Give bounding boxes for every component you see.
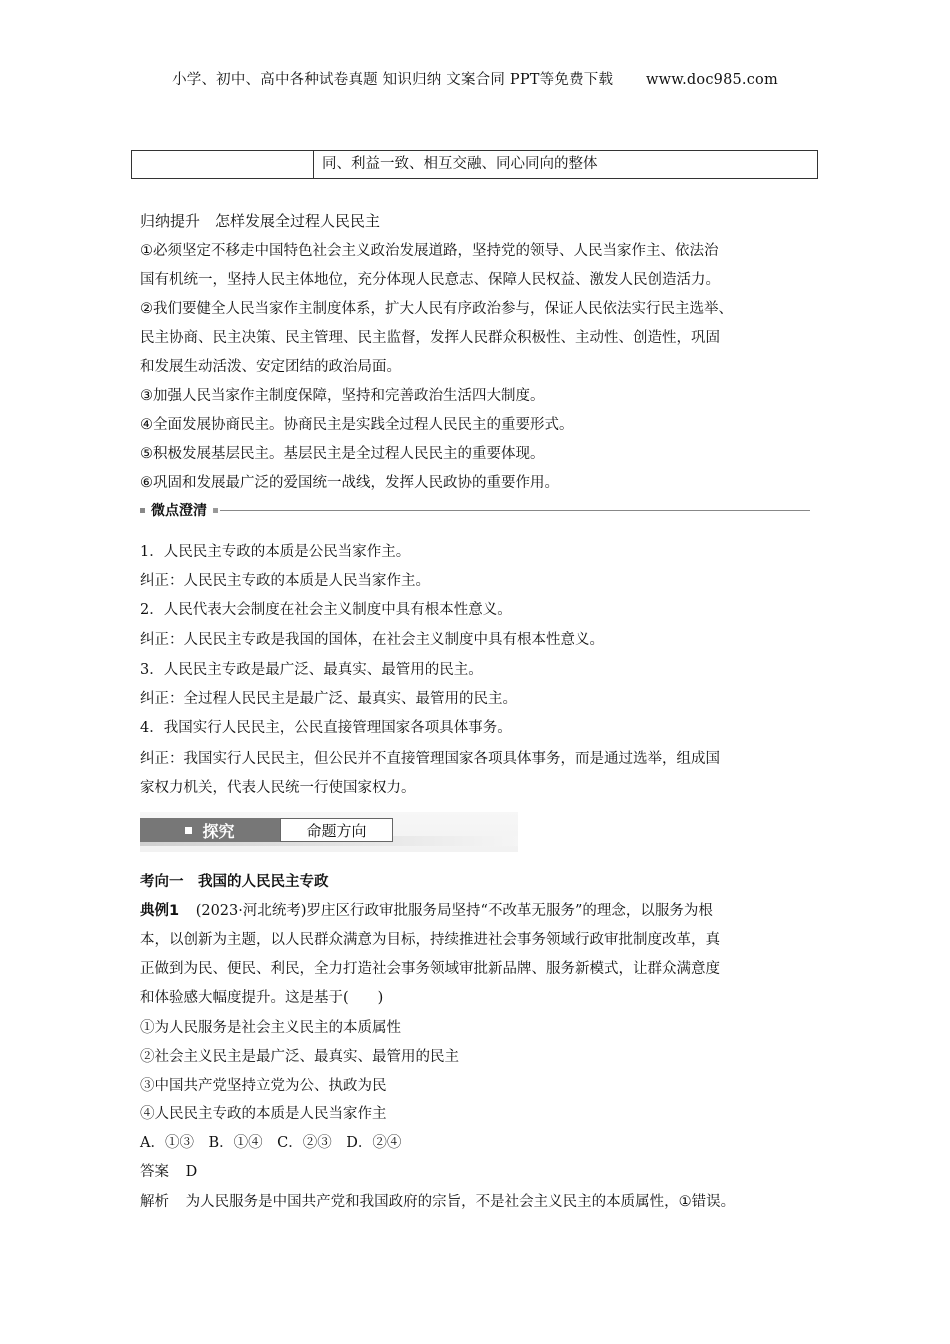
choices: A．①③ B．①④ C．②③ D．②④: [140, 1131, 401, 1152]
clarify-line: 2．人民代表大会制度在社会主义制度中具有根本性意义。: [140, 598, 512, 619]
answer-line: 答案 D: [140, 1160, 197, 1181]
option-item: ②社会主义民主是最广泛、最真实、最管用的民主: [140, 1045, 459, 1066]
section-label-text: 探究: [202, 819, 234, 842]
example-label: 典例1: [140, 903, 179, 919]
option-item: ④人民民主专政的本质是人民当家作主: [140, 1102, 387, 1123]
option-item: ①为人民服务是社会主义民主的本质属性: [140, 1016, 401, 1037]
header-site: www.doc985.com: [646, 72, 778, 88]
example-line-1: 典例1 (2023·河北统考)罗庄区行政审批服务局坚持“不改革无服务”的理念，以…: [140, 899, 713, 920]
table-cell-1: [132, 151, 314, 178]
clarify-line: 3．人民民主专政是最广泛、最真实、最管用的民主。: [140, 658, 483, 679]
summary-line: ⑤积极发展基层民主。基层民主是全过程人民民主的重要体现。: [140, 442, 545, 463]
clarify-line: 纠正：我国实行人民民主，但公民并不直接管理国家各项具体事务，而是通过选举，组成国: [140, 747, 720, 768]
question-text: 本，以创新为主题，以人民群众满意为目标，持续推进社会事务领域行政审批制度改革，真: [140, 928, 720, 949]
summary-line: ②我们要健全人民当家作主制度体系，扩大人民有序政治参与，保证人民依法实行民主选举…: [140, 297, 733, 318]
square-bullet-icon: [140, 508, 145, 513]
clarify-heading-bar: 微点澄清: [140, 499, 810, 521]
summary-title: 归纳提升 怎样发展全过程人民民主: [140, 210, 380, 231]
page-header: 小学、初中、高中各种试卷真题 知识归纳 文案合同 PPT等免费下载 www.do…: [0, 68, 950, 89]
table-row: 同、利益一致、相互交融、同心同向的整体: [131, 150, 818, 179]
section-band: 探究 命题方向: [140, 812, 518, 852]
summary-line: ①必须坚定不移走中国特色社会主义政治发展道路，坚持党的领导、人民当家作主、依法治: [140, 239, 719, 260]
square-bullet-icon: [185, 827, 192, 834]
option-item: ③中国共产党坚持立党为公、执政为民: [140, 1074, 387, 1095]
square-bullet-icon: [213, 508, 218, 513]
section-tab: 命题方向: [280, 818, 393, 842]
clarify-line: 4．我国实行人民民主，公民直接管理国家各项具体事务。: [140, 716, 512, 737]
clarify-line: 纠正：全过程人民民主是最广泛、最真实、最管用的民主。: [140, 687, 517, 708]
header-tagline: 小学、初中、高中各种试卷真题 知识归纳 文案合同 PPT等免费下载: [172, 72, 613, 88]
answer-label: 答案: [140, 1164, 169, 1180]
clarify-line: 家权力机关，代表人民统一行使国家权力。: [140, 776, 416, 797]
table-cell-2: 同、利益一致、相互交融、同心同向的整体: [314, 151, 817, 178]
summary-line: ⑥巩固和发展最广泛的爱国统一战线，发挥人民政协的重要作用。: [140, 471, 559, 492]
clarify-line: 纠正：人民民主专政的本质是人民当家作主。: [140, 569, 430, 590]
question-text: 和体验感大幅度提升。这是基于( ): [140, 986, 383, 1007]
summary-line: ④全面发展协商民主。协商民主是实践全过程人民民主的重要形式。: [140, 413, 574, 434]
analysis-label: 解析: [140, 1194, 169, 1210]
summary-line: ③加强人民当家作主制度保障，坚持和完善政治生活四大制度。: [140, 384, 545, 405]
section-label: 探究: [140, 818, 280, 842]
summary-line: 民主协商、民主决策、民主管理、民主监督，发挥人民群众积极性、主动性、创造性，巩固: [140, 326, 720, 347]
answer-value: D: [186, 1164, 198, 1180]
question-text: 正做到为民、便民、利民，全力打造社会事务领域审批新品牌、服务新模式，让群众满意度: [140, 957, 720, 978]
clarify-line: 1．人民民主专政的本质是公民当家作主。: [140, 540, 410, 561]
analysis-text: 为人民服务是中国共产党和我国政府的宗旨，不是社会主义民主的本质属性，①错误。: [186, 1194, 736, 1210]
summary-line: 和发展生动活泼、安定团结的政治局面。: [140, 355, 401, 376]
question-text: (2023·河北统考)罗庄区行政审批服务局坚持“不改革无服务”的理念，以服务为根: [196, 903, 713, 919]
analysis-line: 解析 为人民服务是中国共产党和我国政府的宗旨，不是社会主义民主的本质属性，①错误…: [140, 1190, 735, 1211]
direction-title: 考向一 我国的人民民主专政: [140, 870, 329, 891]
clarify-heading: 微点澄清: [151, 500, 207, 520]
summary-line: 国有机统一，坚持人民主体地位，充分体现人民意志、保障人民权益、激发人民创造活力。: [140, 268, 720, 289]
clarify-line: 纠正：人民民主专政是我国的国体，在社会主义制度中具有根本性意义。: [140, 628, 604, 649]
divider: [220, 510, 810, 511]
